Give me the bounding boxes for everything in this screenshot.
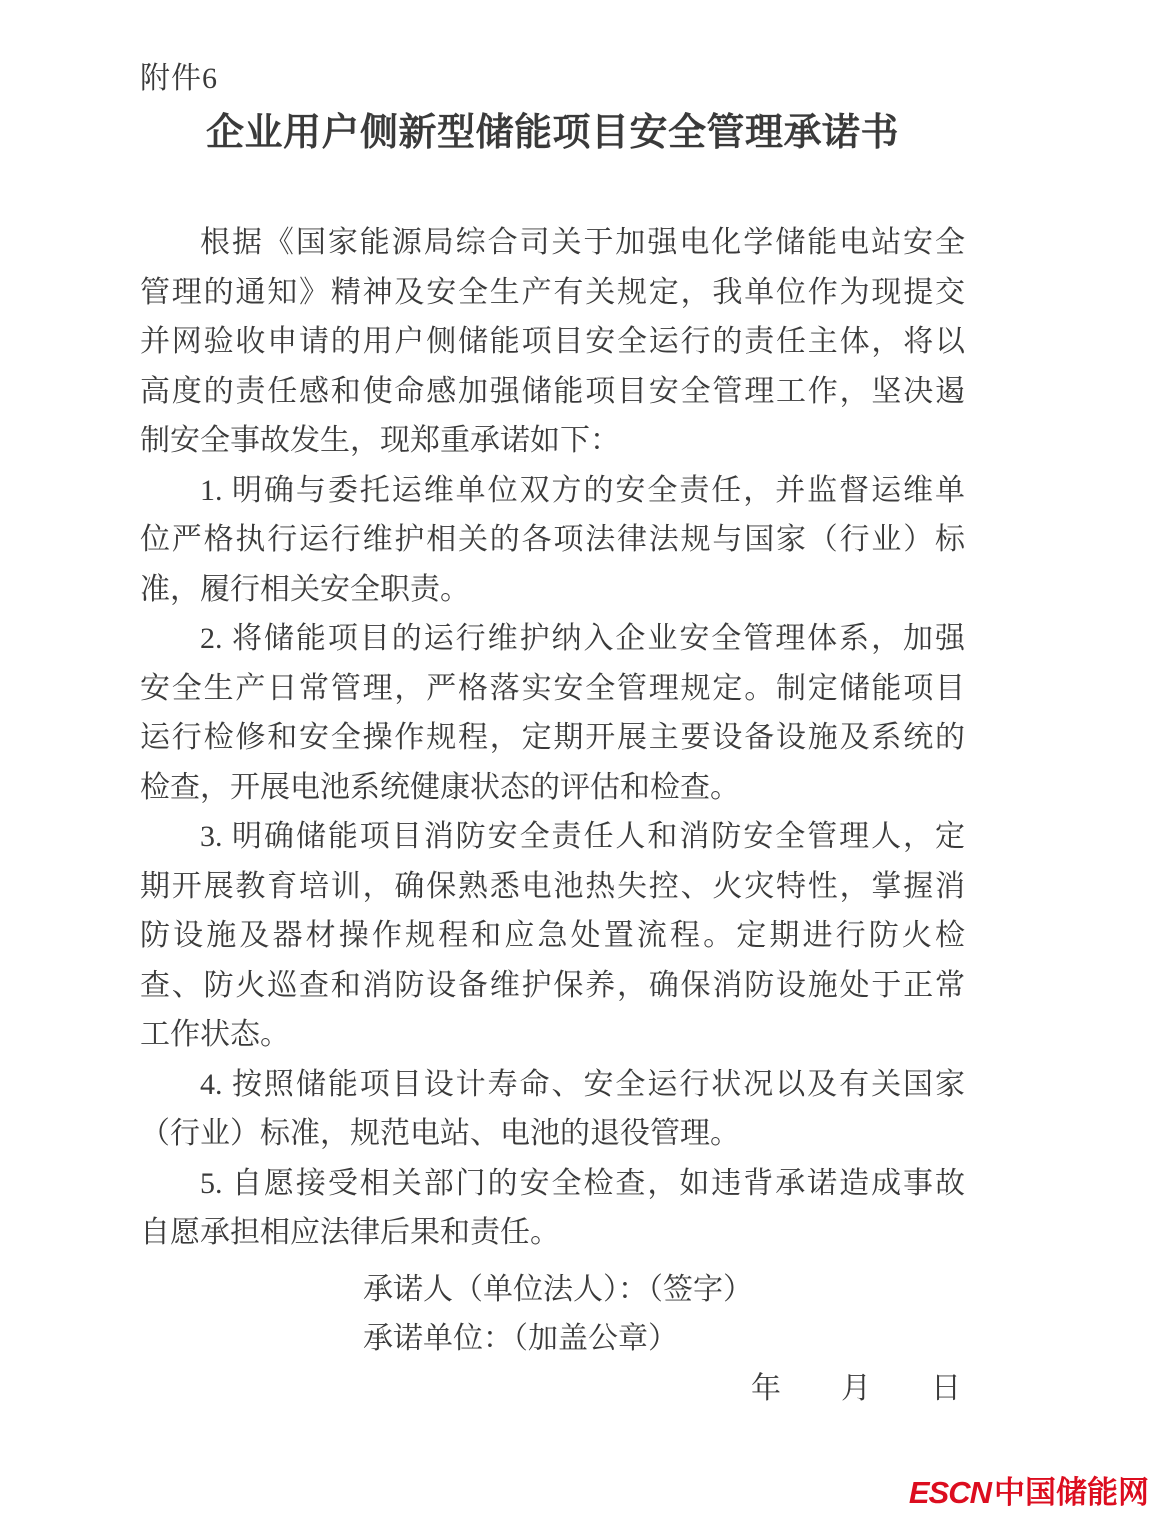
body-line: 3. 明确储能项目消防安全责任人和消防安全管理人，定: [140, 812, 965, 862]
document-body: 根据《国家能源局综合司关于加强电化学储能电站安全 管理的通知》精神及安全生产有关…: [140, 218, 965, 1258]
body-line: 并网验收申请的用户侧储能项目安全运行的责任主体，将以: [140, 317, 965, 367]
paragraph-item-4: 4. 按照储能项目设计寿命、安全运行状况以及有关国家 （行业）标准，规范电站、电…: [140, 1060, 965, 1159]
body-line: 制安全事故发生，现郑重承诺如下：: [140, 416, 965, 466]
signatory-unit-line: 承诺单位：（加盖公章）: [140, 1314, 965, 1364]
body-line: 期开展教育培训，确保熟悉电池热失控、火灾特性，掌握消: [140, 862, 965, 912]
document-page: 附件6 企业用户侧新型储能项目安全管理承诺书 根据《国家能源局综合司关于加强电化…: [0, 0, 1163, 1534]
body-line: 检查，开展电池系统健康状态的评估和检查。: [140, 763, 965, 813]
body-line: 防设施及器材操作规程和应急处置流程。定期进行防火检: [140, 911, 965, 961]
body-line: 运行检修和安全操作规程，定期开展主要设备设施及系统的: [140, 713, 965, 763]
page-content: 附件6 企业用户侧新型储能项目安全管理承诺书 根据《国家能源局综合司关于加强电化…: [0, 0, 1163, 1534]
paragraph-intro: 根据《国家能源局综合司关于加强电化学储能电站安全 管理的通知》精神及安全生产有关…: [140, 218, 965, 466]
escn-watermark: ESCN中国储能网: [909, 1476, 1149, 1510]
body-line: 安全生产日常管理，严格落实安全管理规定。制定储能项目: [140, 664, 965, 714]
paragraph-item-3: 3. 明确储能项目消防安全责任人和消防安全管理人，定 期开展教育培训，确保熟悉电…: [140, 812, 965, 1060]
paragraph-item-2: 2. 将储能项目的运行维护纳入企业安全管理体系，加强 安全生产日常管理，严格落实…: [140, 614, 965, 812]
body-line: 1. 明确与委托运维单位双方的安全责任，并监督运维单: [140, 466, 965, 516]
paragraph-item-5: 5. 自愿接受相关部门的安全检查，如违背承诺造成事故 自愿承担相应法律后果和责任…: [140, 1159, 965, 1258]
signature-block: 承诺人（单位法人）：（签字） 承诺单位：（加盖公章） 年 月 日: [140, 1265, 965, 1414]
paragraph-item-1: 1. 明确与委托运维单位双方的安全责任，并监督运维单 位严格执行运行维护相关的各…: [140, 466, 965, 615]
date-line: 年 月 日: [140, 1364, 965, 1414]
body-line: 5. 自愿接受相关部门的安全检查，如违背承诺造成事故: [140, 1159, 965, 1209]
body-line: 4. 按照储能项目设计寿命、安全运行状况以及有关国家: [140, 1060, 965, 1110]
body-line: 高度的责任感和使命感加强储能项目安全管理工作，坚决遏: [140, 367, 965, 417]
escn-logo-text: ESCN: [909, 1475, 994, 1510]
body-line: 位严格执行运行维护相关的各项法律法规与国家（行业）标: [140, 515, 965, 565]
body-line: 根据《国家能源局综合司关于加强电化学储能电站安全: [140, 218, 965, 268]
body-line: 管理的通知》精神及安全生产有关规定，我单位作为现提交: [140, 268, 965, 318]
body-line: 2. 将储能项目的运行维护纳入企业安全管理体系，加强: [140, 614, 965, 664]
signatory-line: 承诺人（单位法人）：（签字）: [140, 1265, 965, 1315]
document-title: 企业用户侧新型储能项目安全管理承诺书: [140, 106, 965, 160]
body-line: 查、防火巡查和消防设备维护保养，确保消防设施处于正常: [140, 961, 965, 1011]
body-line: 准，履行相关安全职责。: [140, 565, 965, 615]
attachment-label: 附件6: [140, 58, 965, 100]
body-line: 自愿承担相应法律后果和责任。: [140, 1208, 965, 1258]
escn-logo-cjk-text: 中国储能网: [994, 1475, 1149, 1510]
body-line: 工作状态。: [140, 1010, 965, 1060]
body-line: （行业）标准，规范电站、电池的退役管理。: [140, 1109, 965, 1159]
